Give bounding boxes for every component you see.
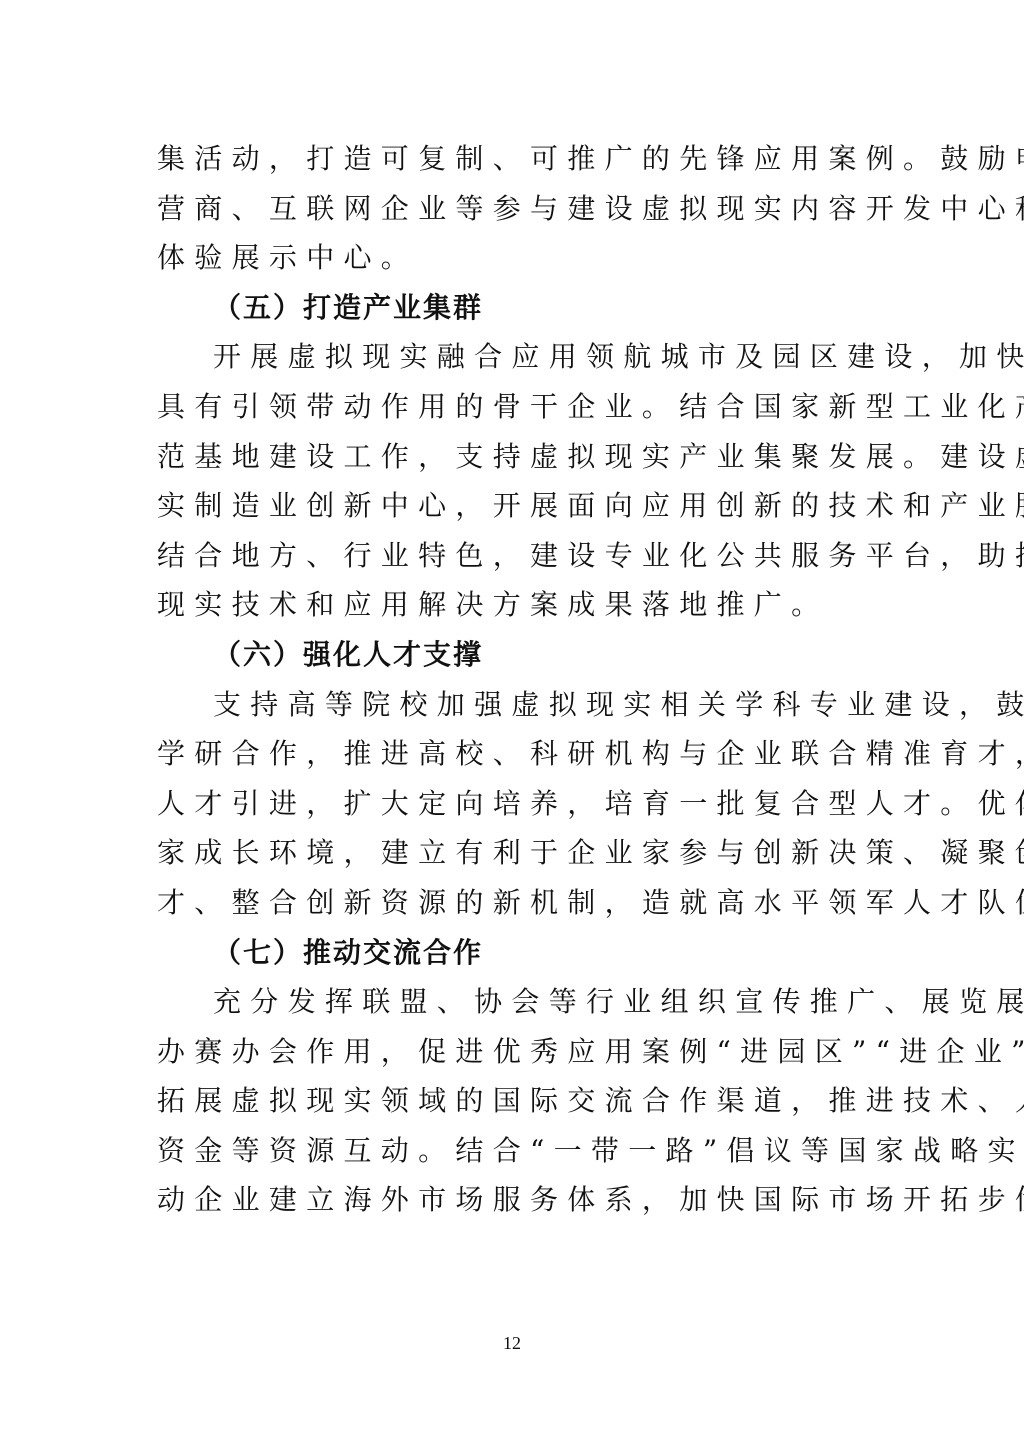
paragraph-line: 办赛办会作用，促进优秀应用案例“进园区”“进企业”。 bbox=[157, 1027, 869, 1077]
section-heading-6: （六）强化人才支撑 bbox=[157, 630, 869, 680]
document-page-body: 集活动，打造可复制、可推广的先锋应用案例。鼓励电信运 营商、互联网企业等参与建设… bbox=[157, 134, 869, 1225]
section-heading-7: （七）推动交流合作 bbox=[157, 928, 869, 978]
paragraph-line: 人才引进，扩大定向培养，培育一批复合型人才。优化企业 bbox=[157, 779, 869, 829]
paragraph-line: 才、整合创新资源的新机制，造就高水平领军人才队伍。 bbox=[157, 878, 869, 928]
paragraph-line: 结合地方、行业特色，建设专业化公共服务平台，助推虚拟 bbox=[157, 531, 869, 581]
paragraph-line: 动企业建立海外市场服务体系，加快国际市场开拓步伐。 bbox=[157, 1175, 869, 1225]
paragraph-line: 学研合作，推进高校、科研机构与企业联合精准育才，加强 bbox=[157, 729, 869, 779]
paragraph-line: 拓展虚拟现实领域的国际交流合作渠道，推进技术、人才、 bbox=[157, 1076, 869, 1126]
paragraph-line: 营商、互联网企业等参与建设虚拟现实内容开发中心和应用 bbox=[157, 184, 869, 234]
paragraph-line: 家成长环境，建立有利于企业家参与创新决策、凝聚创新人 bbox=[157, 828, 869, 878]
paragraph-line: 体验展示中心。 bbox=[157, 233, 869, 283]
paragraph-line: 具有引领带动作用的骨干企业。结合国家新型工业化产业示 bbox=[157, 382, 869, 432]
paragraph-line: 范基地建设工作，支持虚拟现实产业集聚发展。建设虚拟现 bbox=[157, 432, 869, 482]
section-heading-5: （五）打造产业集群 bbox=[157, 283, 869, 333]
paragraph-line: 实制造业创新中心，开展面向应用创新的技术和产业服务。 bbox=[157, 481, 869, 531]
paragraph-line: 集活动，打造可复制、可推广的先锋应用案例。鼓励电信运 bbox=[157, 134, 869, 184]
paragraph-line: 资金等资源互动。结合“一带一路”倡议等国家战略实施，推 bbox=[157, 1126, 869, 1176]
paragraph-line: 支持高等院校加强虚拟现实相关学科专业建设，鼓励产 bbox=[157, 680, 869, 730]
page-number: 12 bbox=[0, 1333, 1024, 1354]
paragraph-line: 充分发挥联盟、协会等行业组织宣传推广、展览展示、 bbox=[157, 977, 869, 1027]
paragraph-line: 现实技术和应用解决方案成果落地推广。 bbox=[157, 580, 869, 630]
paragraph-line: 开展虚拟现实融合应用领航城市及园区建设，加快培育 bbox=[157, 332, 869, 382]
